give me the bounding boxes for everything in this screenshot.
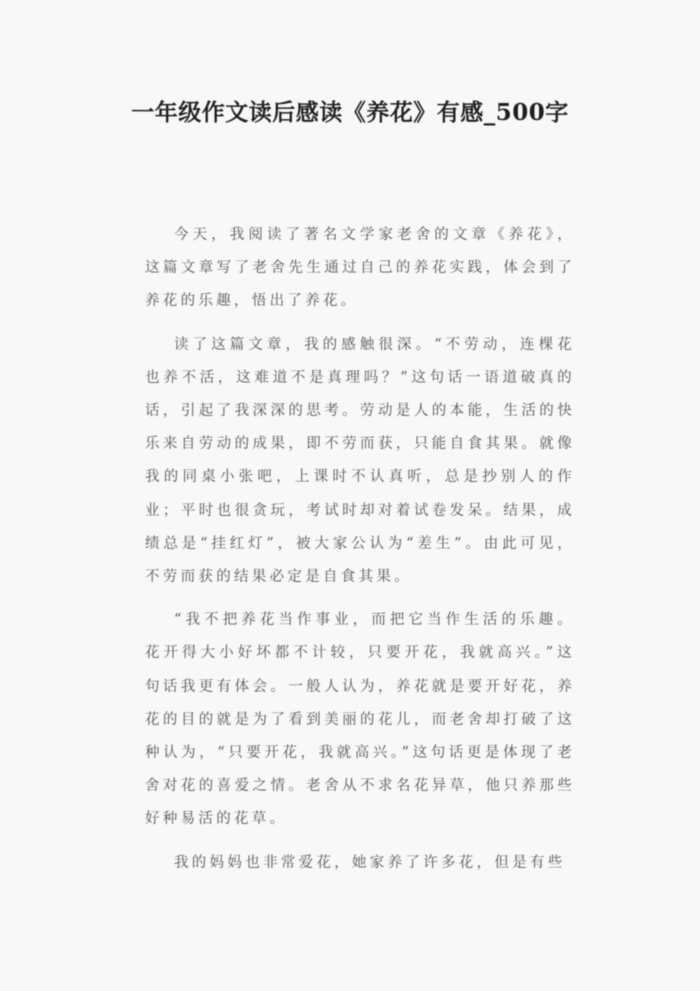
document-body: 今天，我阅读了著名文学家老舍的文章《养花》，这篇文章写了老舍先生通过自己的养花实… — [145, 219, 575, 890]
paragraph-4: 我的妈妈也非常爱花，她家养了许多花，但是有些 — [145, 847, 575, 880]
paragraph-1: 今天，我阅读了著名文学家老舍的文章《养花》，这篇文章写了老舍先生通过自己的养花实… — [145, 219, 575, 319]
document-page: 一年级作文读后感读《养花》有感_500字 今天，我阅读了著名文学家老舍的文章《养… — [0, 0, 700, 991]
paragraph-2: 读了这篇文章，我的感触很深。“不劳动，连棵花也养不活，这难道不是真理吗？”这句话… — [145, 329, 575, 595]
document-title: 一年级作文读后感读《养花》有感_500字 — [120, 92, 580, 133]
paragraph-3: “我不把养花当作事业，而把它当作生活的乐趣。花开得大小好坏都不计较，只要开花，我… — [145, 604, 575, 836]
